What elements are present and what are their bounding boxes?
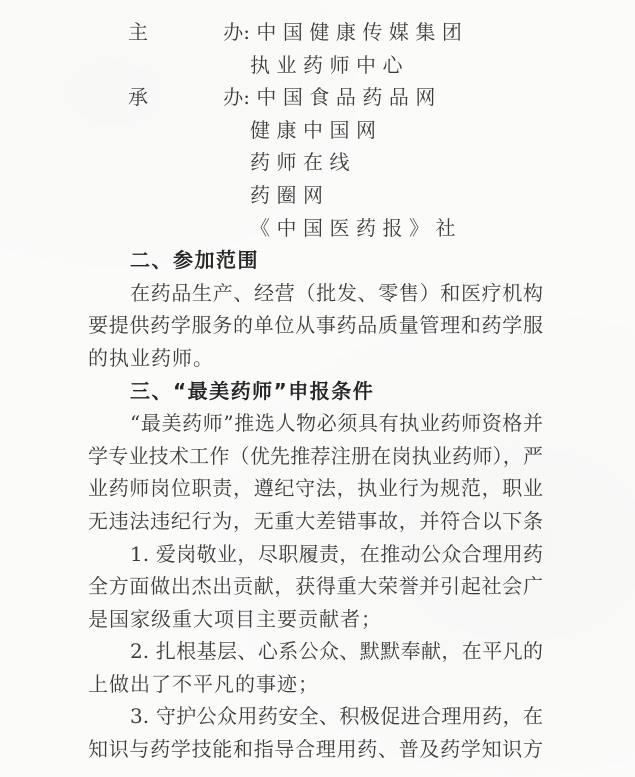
section3-heading: 三、“最美药师”申报条件 bbox=[88, 375, 543, 408]
section2-paragraph-line: 要提供药学服务的单位从事药品质量管理和药学服务工作 bbox=[88, 309, 543, 342]
section2-paragraph-line: 在药品生产、经营（批发、零售）和医疗机构及其他需 bbox=[88, 277, 543, 310]
section3-item1-line: 全方面做出杰出贡献，获得重大荣誉并引起社会广泛关注或 bbox=[88, 570, 543, 603]
section3-intro-line: “最美药师”推选人物必须具有执业药师资格并从事药 bbox=[88, 407, 543, 440]
credit-role-label: 主 bbox=[128, 16, 148, 49]
credit-line: 健康中国网 bbox=[88, 114, 543, 147]
credit-line: 药师在线 bbox=[88, 146, 543, 179]
section3-intro-line: 业药师岗位职责，遵纪守法，执业行为规范，职业道德高尚， bbox=[88, 472, 543, 505]
section3-intro-line: 无违法违纪行为，无重大差错事故，并符合以下条件之一: bbox=[88, 505, 543, 538]
section3-item1-line: 是国家级重大项目主要贡献者； bbox=[88, 603, 543, 636]
credit-org: 药师在线 bbox=[250, 150, 356, 174]
credit-line-host: 主办: 中国健康传媒集团 bbox=[88, 16, 543, 49]
section2-paragraph-line: 的执业药师。 bbox=[88, 342, 543, 375]
credit-org: 中国食品药品网 bbox=[256, 85, 442, 109]
section3-item2-line: 2. 扎根基层、心系公众、默默奉献，在平凡的药师岗位 bbox=[88, 635, 543, 668]
credit-line: 执业药师中心 bbox=[88, 49, 543, 82]
credit-org: 中国健康传媒集团 bbox=[256, 20, 468, 44]
credit-org: 药圈网 bbox=[250, 183, 330, 207]
document-page: 主办: 中国健康传媒集团 执业药师中心 承办: 中国食品药品网 健康中国网 药师… bbox=[0, 0, 635, 777]
credit-line: 《中国医药报》社 bbox=[88, 212, 543, 245]
credit-line-organizer: 承办: 中国食品药品网 bbox=[88, 81, 543, 114]
document-body: 主办: 中国健康传媒集团 执业药师中心 承办: 中国食品药品网 健康中国网 药师… bbox=[0, 0, 635, 766]
section3-item1-line: 1. 爱岗敬业，尽职履责，在推动公众合理用药和用药安 bbox=[88, 538, 543, 571]
section3-item2-line: 上做出了不平凡的事迹； bbox=[88, 668, 543, 701]
section3-item3-line: 知识与药学技能和指导合理用药、普及药学知识方面有突出 bbox=[88, 733, 543, 766]
section3-item3-line: 3. 守护公众用药安全、积极促进合理用药，在掌握药学 bbox=[88, 700, 543, 733]
credit-role-host: 主办: bbox=[128, 16, 250, 49]
credit-org: 《中国医药报》社 bbox=[250, 216, 462, 240]
credit-role-organizer: 承办: bbox=[128, 81, 250, 114]
section2-heading: 二、参加范围 bbox=[88, 244, 543, 277]
credit-org: 执业药师中心 bbox=[250, 53, 409, 77]
credit-role-head: 办: bbox=[223, 81, 250, 114]
section3-intro-line: 学专业技术工作（优先推荐注册在岗执业药师），严格履行执 bbox=[88, 440, 543, 473]
credit-role-head: 办: bbox=[223, 16, 250, 49]
credit-org: 健康中国网 bbox=[250, 118, 383, 142]
credit-line: 药圈网 bbox=[88, 179, 543, 212]
credit-role-label: 承 bbox=[128, 81, 148, 114]
